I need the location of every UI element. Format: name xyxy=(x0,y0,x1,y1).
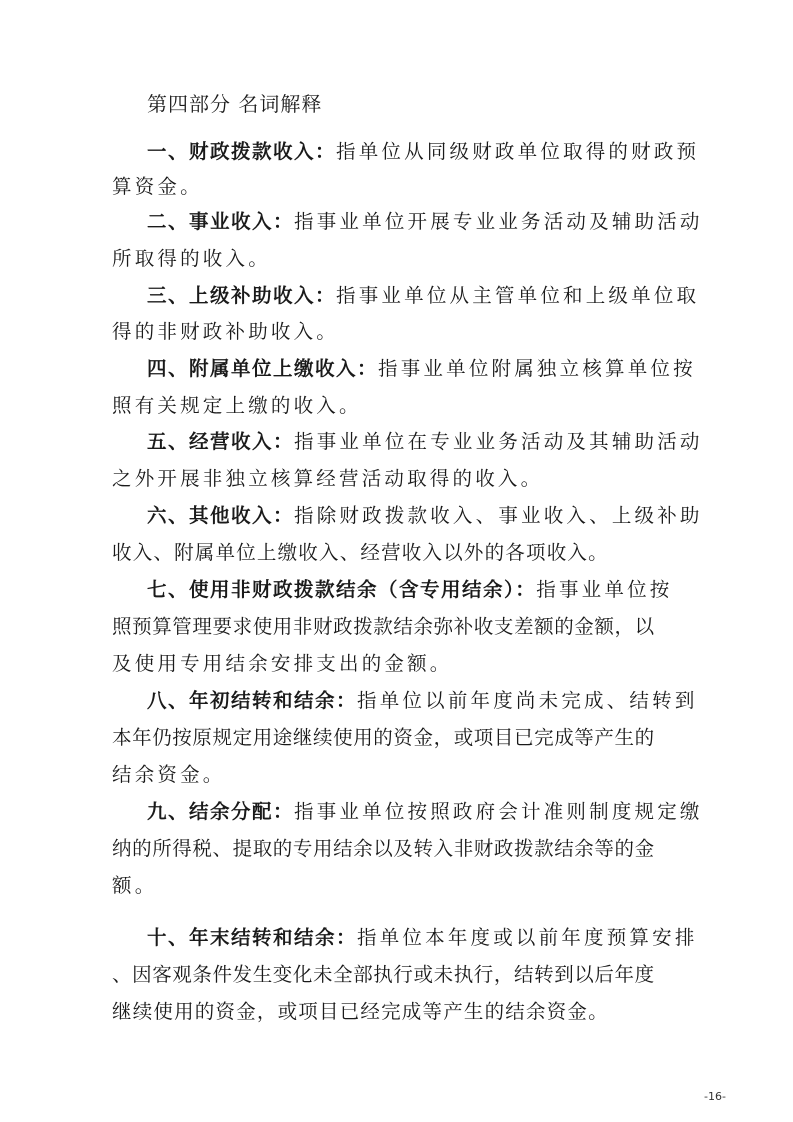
definition-10-line-3: 继续使用的资金，或项目已经完成等产生的结余资金。 xyxy=(112,998,684,1026)
definition-4-line-2: 照有关规定上缴的收入。 xyxy=(112,392,684,420)
definition-9-line-1: 九、结余分配：指事业单位按照政府会计准则制度规定缴 xyxy=(147,798,684,826)
definition-10-line-2: 、因客观条件发生变化未全部执行或未执行，结转到以后年度 xyxy=(112,961,684,989)
definition-7-line-3: 及使用专用结余安排支出的金额。 xyxy=(112,650,684,678)
page-title: 第四部分 名词解释 xyxy=(147,88,322,117)
definition-5-line-2: 之外开展非独立核算经营活动取得的收入。 xyxy=(112,465,684,493)
term-4: 四、附属单位上缴收入： xyxy=(147,357,378,380)
definition-8-line-1: 八、年初结转和结余：指单位以前年度尚未完成、结转到 xyxy=(147,687,684,715)
definition-3-line-2: 得的非财政补助收入。 xyxy=(112,318,684,346)
definition-1-line-1: 一、财政拨款收入：指单位从同级财政单位取得的财政预 xyxy=(147,138,684,166)
definition-5-line-1: 五、经营收入：指事业单位在专业业务活动及其辅助活动 xyxy=(147,428,684,456)
term-7: 七、使用非财政拨款结余（含专用结余）： xyxy=(147,578,536,601)
term-8: 八、年初结转和结余： xyxy=(147,689,357,712)
definition-3-line-1: 三、上级补助收入：指事业单位从主管单位和上级单位取 xyxy=(147,282,684,310)
term-6: 六、其他收入： xyxy=(147,504,294,527)
definition-8-line-2: 本年仍按原规定用途继续使用的资金，或项目已完成等产生的 xyxy=(112,724,684,752)
definition-7-line-2: 照预算管理要求使用非财政拨款结余弥补收支差额的金额，以 xyxy=(112,613,684,641)
term-9: 九、结余分配： xyxy=(147,800,294,823)
definition-9-line-2: 纳的所得税、提取的专用结余以及转入非财政拨款结余等的金 xyxy=(112,835,684,863)
definition-10-line-1: 十、年末结转和结余：指单位本年度或以前年度预算安排 xyxy=(147,924,684,952)
definition-2-line-1: 二、事业收入：指事业单位开展专业业务活动及辅助活动 xyxy=(147,208,684,236)
definition-4-line-1: 四、附属单位上缴收入：指事业单位附属独立核算单位按 xyxy=(147,355,684,383)
definition-8-line-3: 结余资金。 xyxy=(112,761,684,789)
definition-2-line-2: 所取得的收入。 xyxy=(112,245,684,273)
page-number: -16- xyxy=(704,1090,726,1103)
definition-1-line-2: 算资金。 xyxy=(112,173,684,201)
term-10: 十、年末结转和结余： xyxy=(147,926,357,949)
definition-6-line-2: 收入、附属单位上缴收入、经营收入以外的各项收入。 xyxy=(112,539,684,567)
term-2: 二、事业收入： xyxy=(147,210,294,233)
definition-7-line-1: 七、使用非财政拨款结余（含专用结余）：指事业单位按 xyxy=(147,576,684,604)
definition-9-line-3: 额。 xyxy=(112,872,684,900)
definition-6-line-1: 六、其他收入：指除财政拨款收入、事业收入、上级补助 xyxy=(147,502,684,530)
term-1: 一、财政拨款收入： xyxy=(147,140,336,163)
term-3: 三、上级补助收入： xyxy=(147,284,336,307)
term-5: 五、经营收入： xyxy=(147,430,294,453)
